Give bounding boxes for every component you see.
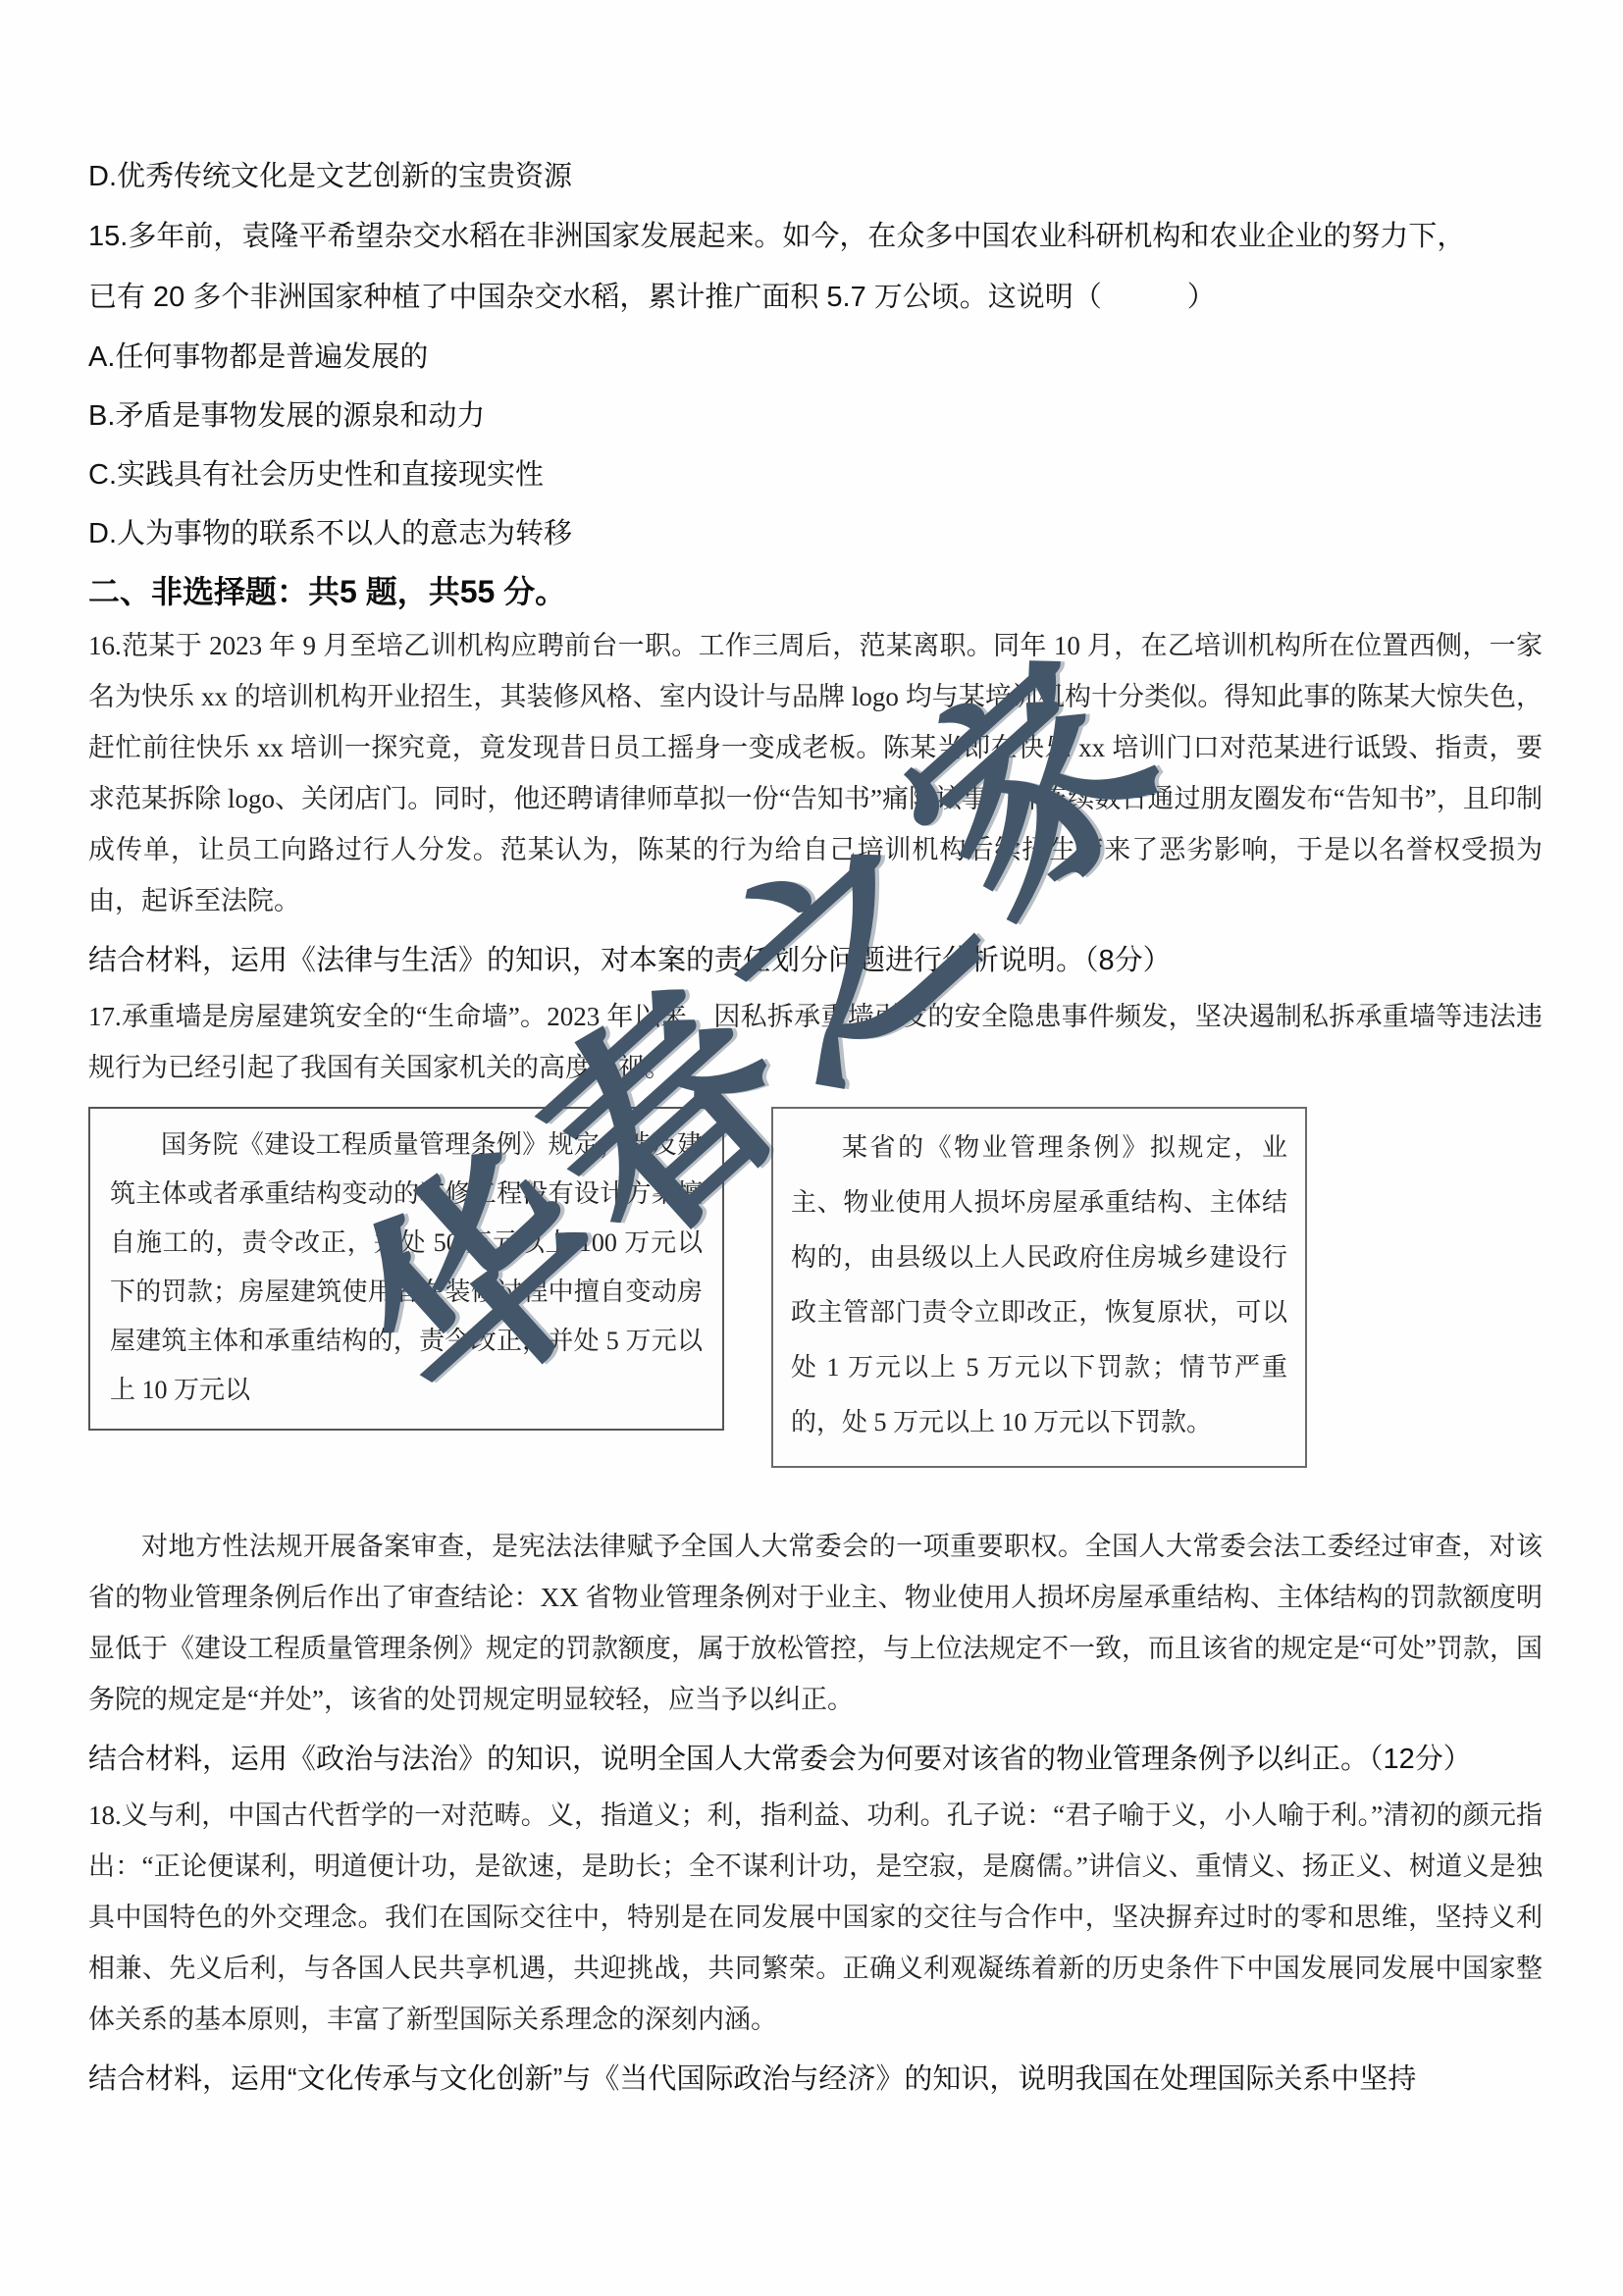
q18-task: 结合材料，运用“文化传承与文化创新”与《当代国际政治与经济》的知识，说明我国在处… [88,2049,1543,2110]
q17-box-left-text: 国务院《建设工程质量管理条例》规定，涉及建筑主体或者承重结构变动的装修工程没有设… [110,1121,703,1415]
q15-stem-line2: 已有 20 多个非洲国家种植了中国杂交水稻，累计推广面积 5.7 万公顷。这说明… [88,267,1543,328]
q15-option-b: B.矛盾是事物发展的源泉和动力 [88,387,1543,445]
q17-regulation-boxes: 国务院《建设工程质量管理条例》规定，涉及建筑主体或者承重结构变动的装修工程没有设… [88,1107,1543,1468]
q17-intro: 17.承重墙是房屋建筑安全的“生命墙”。2023 年以来，因私拆承重墙引发的安全… [88,991,1543,1093]
q15-stem-line1: 15.多年前，袁隆平希望杂交水稻在非洲国家发展起来。如今，在众多中国农业科研机构… [88,206,1543,267]
q16-task: 结合材料，运用《法律与生活》的知识，对本案的责任划分问题进行分析说明。（8分） [88,930,1543,991]
prev-question-option-d: D.优秀传统文化是文艺创新的宝贵资源 [88,147,1543,206]
q17-review-paragraph: 对地方性法规开展备案审查，是宪法法律赋予全国人大常委会的一项重要职权。全国人大常… [88,1521,1543,1725]
q17-box-state-council: 国务院《建设工程质量管理条例》规定，涉及建筑主体或者承重结构变动的装修工程没有设… [88,1107,724,1431]
exam-paper-page: D.优秀传统文化是文艺创新的宝贵资源 15.多年前，袁隆平希望杂交水稻在非洲国家… [0,0,1623,2296]
q15-option-a: A.任何事物都是普遍发展的 [88,328,1543,387]
q17-box-right-text: 某省的《物业管理条例》拟规定，业主、物业使用人损坏房屋承重结构、主体结构的，由县… [791,1121,1287,1450]
q15-option-d: D.人为事物的联系不以人的意志为转移 [88,504,1543,563]
q17-task: 结合材料，运用《政治与法治》的知识，说明全国人大常委会为何要对该省的物业管理条例… [88,1729,1543,1790]
q15-option-c: C.实践具有社会历史性和直接现实性 [88,445,1543,504]
q16-material: 16.范某于 2023 年 9 月至培乙训机构应聘前台一职。工作三周后，范某离职… [88,620,1543,926]
q18-material: 18.义与利，中国古代哲学的一对范畴。义，指道义；利，指利益、功利。孔子说：“君… [88,1790,1543,2045]
section2-header: 二、非选择题：共5 题，共55 分。 [88,563,1543,620]
page-content: D.优秀传统文化是文艺创新的宝贵资源 15.多年前，袁隆平希望杂交水稻在非洲国家… [88,147,1543,2110]
q17-box-province: 某省的《物业管理条例》拟规定，业主、物业使用人损坏房屋承重结构、主体结构的，由县… [771,1107,1307,1468]
